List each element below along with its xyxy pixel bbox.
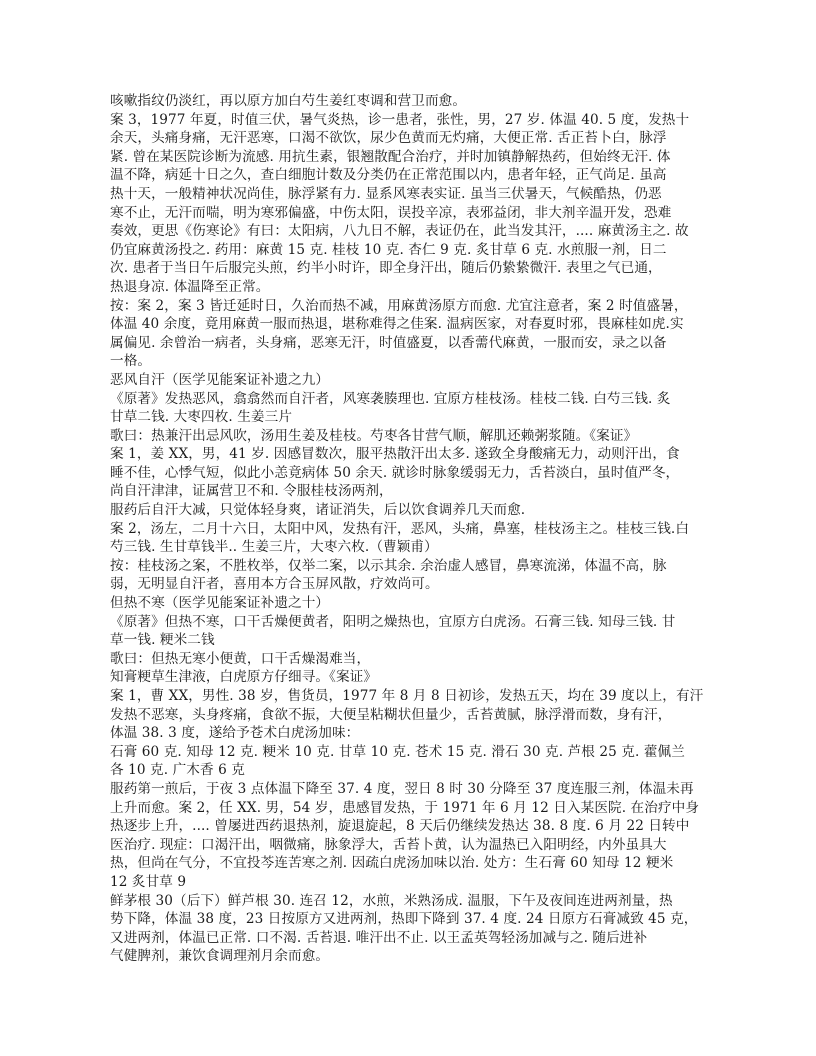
text-line: 热，但尚在气分，不宜投芩连苦寒之剂. 因疏白虎汤加味以治. 处方：生石膏 60 … [110, 854, 716, 873]
text-line: 咳嗽指纹仍淡红，再以原方加白芍生姜红枣调和营卫而愈。 [110, 92, 716, 111]
text-line: 医治疗. 现症：口渴汗出，咽微痛，脉象浮大，舌苔卜黄，认为温热已入阳明经，内外虽… [110, 836, 716, 855]
text-line: 案 3，1977 年夏，时值三伏，暑气炎热，诊一患者，张性，男，27 岁. 体温… [110, 111, 716, 130]
text-line: 睡不佳，心悸气短，似此小恙竟病体 50 余天. 就诊时脉象缓弱无力，舌苔淡白，虽… [110, 464, 716, 483]
document-page: 咳嗽指纹仍淡红，再以原方加白芍生姜红枣调和营卫而愈。案 3，1977 年夏，时值… [0, 0, 816, 1056]
text-line: 恶风自汗（医学见能案证补遗之九） [110, 371, 716, 390]
text-line: 歌曰：热兼汗出忌风吹，汤用生姜及桂枝。芍枣各甘营气顺，解肌还赖粥浆随。《案证》 [110, 427, 716, 446]
text-line: 属偏见. 余曾治一病者，头身痛，恶寒无汗，时值盛夏，以香薷代麻黄，一服而安，录之… [110, 334, 716, 353]
text-line: 《原著》但热不寒，口干舌燥便黄者，阳明之燥热也，宜原方白虎汤。石膏三钱. 知母三… [110, 613, 716, 632]
text-line: 12 炙甘草 9 [110, 873, 716, 892]
text-line: 歌曰：但热无寒小便黄，口干舌燥渴难当， [110, 650, 716, 669]
text-line: 热十天，一般精神状况尚佳，脉浮紧有力. 显系风寒表实证. 虽当三伏暑天，气候酷热… [110, 185, 716, 204]
text-line: 按：桂枝汤之案，不胜枚举，仅举二案，以示其余. 余治虚人感冒，鼻寒流涕，体温不高… [110, 557, 716, 576]
text-line: 仍宜麻黄汤投之. 药用：麻黄 15 克. 桂枝 10 克. 杏仁 9 克. 炙甘… [110, 241, 716, 260]
text-line: 按：案 2，案 3 皆迁延时日，久治而热不减，用麻黄汤原方而愈. 尤宜注意者，案… [110, 297, 716, 316]
text-line: 案 2，汤左，二月十六日，太阳中风，发热有汗，恶风，头痛，鼻塞，桂枝汤主之。桂枝… [110, 520, 716, 539]
text-line: 甘草二钱. 大枣四枚. 生姜三片 [110, 408, 716, 427]
text-line: 温不降，病延十日之久，查白细胞计数及分类仍在正常范围以内，患者年轻，正气尚足. … [110, 166, 716, 185]
text-line: 紧. 曾在某医院诊断为流感. 用抗生素，银翘散配合治疗，并时加镇静解热药，但始终… [110, 148, 716, 167]
text-line: 热退身凉. 体温降至正常。 [110, 278, 716, 297]
text-line: 知膏粳草生津液，白虎原方仔细寻。《案证》 [110, 668, 716, 687]
document-text-block: 咳嗽指纹仍淡红，再以原方加白芍生姜红枣调和营卫而愈。案 3，1977 年夏，时值… [110, 92, 716, 966]
text-line: 奏效，更思《伤寒论》有曰：太阳病，八九日不解，表证仍在，此当发其汗，.... 麻… [110, 222, 716, 241]
text-line: 次. 患者于当日午后服完头煎，约半小时许，即全身汗出，随后仍絷絷微汗. 表里之气… [110, 259, 716, 278]
text-line: 但热不寒（医学见能案证补遗之十） [110, 594, 716, 613]
text-line: 案 1，姜 XX，男，41 岁. 因感冒数次，服平热散汗出太多. 遂致全身酸痛无… [110, 445, 716, 464]
text-line: 势下降，体温 38 度，23 日按原方又进两剂，热即下降到 37. 4 度. 2… [110, 910, 716, 929]
text-line: 各 10 克. 广木香 6 克 [110, 761, 716, 780]
text-line: 一格。 [110, 352, 716, 371]
text-line: 上升而愈。案 2，任 XX. 男，54 岁，患感冒发热，于 1971 年 6 月… [110, 799, 716, 818]
text-line: 《原著》发热恶风，翕翕然而自汗者，风寒袭腠理也. 宜原方桂枝汤。桂枝二钱. 白芍… [110, 390, 716, 409]
text-line: 芍三钱. 生甘草钱半.. 生姜三片，大枣六枚.（曹颖甫） [110, 538, 716, 557]
text-line: 又进两剂，体温已正常. 口不渴. 舌苔退. 唯汗出不止. 以王孟英驾轻汤加减与之… [110, 929, 716, 948]
text-line: 草一钱. 粳米二钱 [110, 631, 716, 650]
text-line: 寒不止，无汗而喘，明为寒邪偏盛，中伤太阳，误投辛凉，表邪益闭，非大剂辛温开发，恐… [110, 204, 716, 223]
text-line: 体温 38. 3 度，遂给予苍术白虎汤加味： [110, 724, 716, 743]
text-line: 尚自汗津津，证属营卫不和. 令服桂枝汤两剂， [110, 482, 716, 501]
text-line: 弱，无明显自汗者，喜用本方合玉屏风散，疗效尚可。 [110, 575, 716, 594]
text-line: 鲜茅根 30（后下）鲜芦根 30. 连召 12，水煎，米熟汤成. 温服，下午及夜… [110, 892, 716, 911]
text-line: 服药第一煎后，于夜 3 点体温下降至 37. 4 度，翌日 8 时 30 分降至… [110, 780, 716, 799]
text-line: 余天，头痛身痛，无汗恶寒，口渴不欲饮，尿少色黄而无灼痛，大便正常. 舌正苔卜白，… [110, 129, 716, 148]
text-line: 案 1，曹 XX，男性. 38 岁，售货员，1977 年 8 月 8 日初诊，发… [110, 687, 716, 706]
text-line: 发热不恶寒，头身疼痛，食欲不振，大便呈粘糊状但量少，舌苔黄腻，脉浮滑而数，身有汗… [110, 706, 716, 725]
text-line: 服药后自汗大减，只觉体轻身爽，诸证消失，后以饮食调养几天而愈. [110, 501, 716, 520]
text-line: 石膏 60 克. 知母 12 克. 粳米 10 克. 甘草 10 克. 苍术 1… [110, 743, 716, 762]
text-line: 热逐步上升，.... 曾屡进西药退热剂，旋退旋起，8 天后仍继续发热达 38. … [110, 817, 716, 836]
text-line: 气健脾剂，兼饮食调理剂月余而愈。 [110, 947, 716, 966]
text-line: 体温 40 余度，竟用麻黄一服而热退，堪称难得之佳案. 温病医家，对春夏时邪，畏… [110, 315, 716, 334]
